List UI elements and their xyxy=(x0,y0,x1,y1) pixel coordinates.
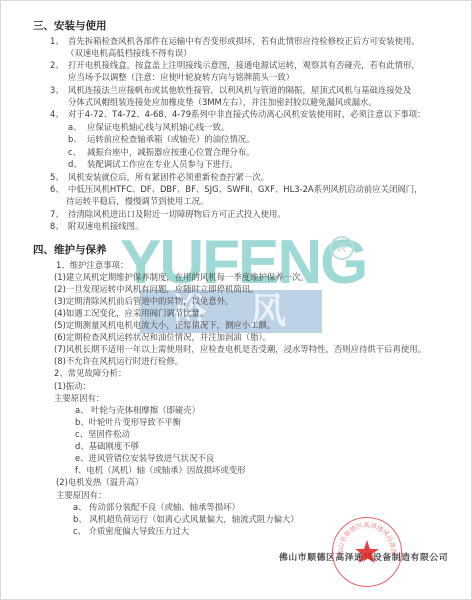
cause-item: a、 传动部分装配不良（或轴、轴承等损坏） xyxy=(73,501,240,513)
subitem-text: 运转前应检查轴承箱（或轴壳）的油位情况。 xyxy=(87,133,255,145)
cause-item: e、进风管错位安装导致进气状况不良 xyxy=(75,452,214,464)
subitem-text: 减振台座中，减振器应按重心位置合理分布。 xyxy=(87,146,255,158)
item-number: 5、 xyxy=(50,171,64,183)
maintenance-item: (4)如遇工况变化，应采用阀门调节比量。 xyxy=(54,307,208,319)
subitem-label: b、 xyxy=(68,133,82,145)
subitem-label: a、 xyxy=(68,121,82,133)
maintenance-item: (8)不允许在风机运行时进行检修。 xyxy=(54,355,183,367)
item-text-cont: 分体式风帽组装连接处应加橡皮垫（3MM左右），并注加密封胶以避免漏风或漏水。 xyxy=(68,96,377,108)
cause-item: c、坚固件松动 xyxy=(75,428,130,440)
maintenance-item: (5)定期测量风机电机电流大小，正常情况下，测应小工额。 xyxy=(54,319,275,331)
item-text: 风机连接法兰应接帆布或其他软性接管，以利风机与管道的隔振，屋顶式风机与基础连接处… xyxy=(68,84,411,96)
subitem-text: 装配调试工作应在专业人员参与下进行。 xyxy=(87,158,238,170)
item-number: 7、 xyxy=(50,208,64,220)
section-heading-maintenance: 四、维护与保养 xyxy=(33,243,107,257)
star-icon: 佛山市顺德区高泽通风设备制造有限公司 xyxy=(333,518,401,586)
subitem-text: 应保证电机轴心线与风机轴心线一致。 xyxy=(87,121,229,133)
item-text: 待清除风机进出口及附近一切障碍物后方可正式投入使用。 xyxy=(68,208,286,220)
item-text: 附双速电机接线图。 xyxy=(68,220,143,232)
item-text: 中低压风机HTFC、DF、DBF、BF、SJG、SWFⅡ、GXF、HL3-2A系… xyxy=(68,183,423,195)
cause-item: f、电机（风机）轴（或轴承）因故损坏或变形 xyxy=(75,464,245,476)
subitem-label: c、 xyxy=(68,146,81,158)
cause-item: c、 介质密度偏大导致压力过大 xyxy=(73,525,189,537)
item-number: 1、 xyxy=(50,35,64,47)
maintenance-item: (1)建立风机定期维护保养制度，在用的风机每一季度维护保养一次。 xyxy=(54,271,309,283)
maintenance-item: (7)风机长期不适用一年以上需使用时，应检查电机是否受潮，浸水等特性，否则应待烘… xyxy=(54,343,426,355)
subitem-label: d、 xyxy=(68,158,82,170)
item-text: 对于4-72、T4-72、4-68、4-79系列中非直接式传动离心风机安装使用时… xyxy=(68,108,426,120)
section-heading-install: 三、安装与使用 xyxy=(33,19,107,33)
subsection-title: 2、常见故障分析： xyxy=(54,367,126,379)
item-number: 3、 xyxy=(50,84,64,96)
item-text-cont: 应当场予以调整（注意：应使叶轮旋转方向与铭牌箭头一致） xyxy=(68,71,294,83)
cause-item: b、 风机超负荷运行（如离心式风量偏大，轴流式阻力偏大） xyxy=(73,513,299,525)
item-number: 8、 xyxy=(50,220,64,232)
item-text: 风机安装就位后，所有紧固件必须重新检查拧紧一次。 xyxy=(68,171,269,183)
item-number: 2、 xyxy=(50,59,64,71)
company-seal-stamp: 佛山市顺德区高泽通风设备制造有限公司 xyxy=(332,517,402,587)
cause-item: a、 叶轮与壳体相摩擦（即碰壳） xyxy=(75,404,200,416)
item-text-cont: （双速电机高低档接线不得有误） xyxy=(66,47,192,59)
item-number: 6、 xyxy=(50,183,64,195)
cause-item: d、基础刚度不够 xyxy=(75,440,139,452)
cause-label: 主要原因有： xyxy=(54,392,104,404)
item-text-cont: 待运转平稳后，慢慢调节到使用工况。 xyxy=(66,195,208,207)
fault-title: (1)振动： xyxy=(54,380,91,392)
fault-title: (2)电机发热（温升高） xyxy=(56,476,143,488)
subsection-title: 1、维护注意事项： xyxy=(56,259,128,271)
maintenance-item: (3)定期清除风机前后管道中的异物，以免意外。 xyxy=(54,295,233,307)
cause-label: 主要原因有： xyxy=(56,489,106,501)
item-number: 4、 xyxy=(50,108,64,120)
cause-item: b、叶轮叶片变形导致不平衡 xyxy=(75,416,181,428)
item-text: 打开电机接线盒，按盒盖上注明接线示意图，接通电源试运转，观察其有否碰壳，若有此情… xyxy=(68,59,420,71)
maintenance-item: (2)一旦发现运转中风机有问题，应随时立即停机简讯。 xyxy=(54,283,259,295)
maintenance-item: (6)定期检查风机运转状况和油位情况，并注加润油（脂）。 xyxy=(54,331,271,343)
item-text: 首先拆箱检查风机各部件在运输中有否变形或损坏，若有此情形应待检修校正后方可安装使… xyxy=(68,35,420,47)
